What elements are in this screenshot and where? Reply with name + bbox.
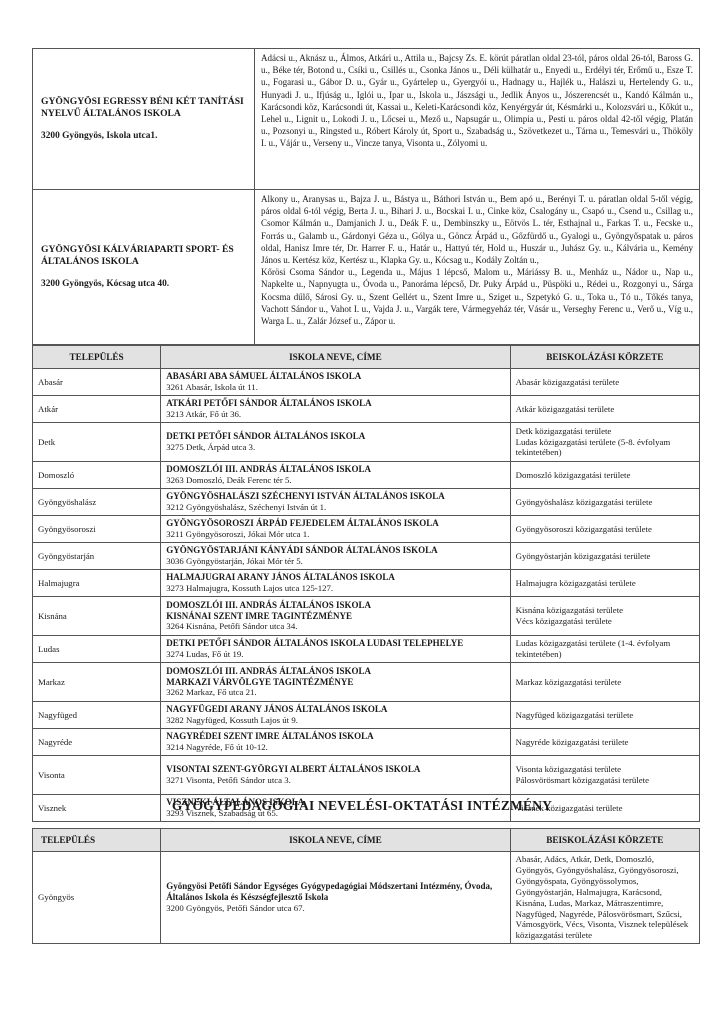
school-name: Gyöngyösi Petőfi Sándor Egységes Gyógype… (166, 881, 504, 903)
school-address: 3271 Visonta, Petőfi Sándor utca 3. (166, 775, 291, 785)
school-cell: DETKI PETŐFI SÁNDOR ÁLTALÁNOS ISKOLA3275… (161, 423, 510, 462)
town-cell: Kisnána (33, 597, 161, 636)
district-line: Detk közigazgatási területe (516, 426, 694, 437)
school-cell: DOMOSZLÓI III. ANDRÁS ÁLTALÁNOS ISKOLAMA… (161, 663, 510, 702)
header-row: TELEPÜLÉS ISKOLA NEVE, CÍME BEISKOLÁZÁSI… (33, 346, 700, 369)
table-row: DetkDETKI PETŐFI SÁNDOR ÁLTALÁNOS ISKOLA… (33, 423, 700, 462)
school-cell: DOMOSZLÓI III. ANDRÁS ÁLTALÁNOS ISKOLA32… (161, 462, 510, 489)
district-line: Ludas közigazgatási területe (1-4. évfol… (516, 638, 694, 660)
schools-table: TELEPÜLÉS ISKOLA NEVE, CÍME BEISKOLÁZÁSI… (32, 345, 700, 822)
town-cell: Domoszló (33, 462, 161, 489)
header-town: TELEPÜLÉS (33, 346, 161, 369)
header-school: ISKOLA NEVE, CÍME (161, 829, 510, 852)
district-cell: Detk közigazgatási területeLudas közigaz… (510, 423, 699, 462)
district-line: Visonta közigazgatási területe (516, 764, 694, 775)
town-cell: Gyöngyösoroszi (33, 516, 161, 543)
school-address: 3282 Nagyfüged, Kossuth Lajos út 9. (166, 715, 298, 725)
table-row: GYÖNGYÖSI EGRESSY BÉNI KÉT TANÍTÁSI NYEL… (33, 49, 700, 190)
school-address: 3213 Atkár, Fő út 36. (166, 409, 241, 419)
district-line: Nagyfüged közigazgatási területe (516, 710, 694, 721)
district-cell: Atkár közigazgatási területe (510, 396, 699, 423)
district-cell: Abasár közigazgatási területe (510, 369, 699, 396)
district-cell: Abasár, Adács, Atkár, Detk, Domoszló, Gy… (510, 852, 699, 944)
table-row: Gyöngyös Gyöngyösi Petőfi Sándor Egysége… (33, 852, 700, 944)
town-cell: Atkár (33, 396, 161, 423)
table-row: NagyrédeNAGYRÉDEI SZENT IMRE ÁLTALÁNOS I… (33, 729, 700, 756)
school-address: 3211 Gyöngyösoroszi, Jókai Mór utca 1. (166, 529, 309, 539)
school-name: ATKÁRI PETŐFI SÁNDOR ÁLTALÁNOS ISKOLA (166, 398, 504, 409)
district-line: Gyöngyöshalász közigazgatási területe (516, 497, 694, 508)
school-name: VISONTAI SZENT-GYÖRGYI ALBERT ÁLTALÁNOS … (166, 764, 504, 775)
school-cell: ATKÁRI PETŐFI SÁNDOR ÁLTALÁNOS ISKOLA321… (161, 396, 510, 423)
school-address: 3214 Nagyréde, Fő út 10-12. (166, 742, 268, 752)
district-cell: Gyöngyöshalász közigazgatási területe (510, 489, 699, 516)
town-cell: Nagyfüged (33, 702, 161, 729)
table-row: KisnánaDOMOSZLÓI III. ANDRÁS ÁLTALÁNOS I… (33, 597, 700, 636)
school-address: 3200 Gyöngyös, Iskola utca1. (41, 130, 246, 142)
school-cell: GYÖNGYÖSI EGRESSY BÉNI KÉT TANÍTÁSI NYEL… (33, 49, 255, 190)
school-cell: GYÖNGYÖSTARJÁNI KÁNYÁDI SÁNDOR ÁLTALÁNOS… (161, 543, 510, 570)
town-cell: Nagyréde (33, 729, 161, 756)
table-row: AbasárABASÁRI ABA SÁMUEL ÁLTALÁNOS ISKOL… (33, 369, 700, 396)
header-district: BEISKOLÁZÁSI KÖRZETE (510, 829, 699, 852)
district-line: Nagyréde közigazgatási területe (516, 737, 694, 748)
table-row: HalmajugraHALMAJUGRAI ARANY JÁNOS ÁLTALÁ… (33, 570, 700, 597)
school-name: HALMAJUGRAI ARANY JÁNOS ÁLTALÁNOS ISKOLA (166, 572, 504, 583)
table-row: MarkazDOMOSZLÓI III. ANDRÁS ÁLTALÁNOS IS… (33, 663, 700, 702)
town-cell: Ludas (33, 636, 161, 663)
town-cell: Gyöngyöshalász (33, 489, 161, 516)
school-name: KISNÁNAI SZENT IMRE TAGINTÉZMÉNYE (166, 611, 504, 622)
table-row: GyöngyöstarjánGYÖNGYÖSTARJÁNI KÁNYÁDI SÁ… (33, 543, 700, 570)
school-cell: NAGYFÜGEDI ARANY JÁNOS ÁLTALÁNOS ISKOLA3… (161, 702, 510, 729)
school-name: NAGYRÉDEI SZENT IMRE ÁLTALÁNOS ISKOLA (166, 731, 504, 742)
district-line: Ludas közigazgatási területe (5-8. évfol… (516, 437, 694, 459)
school-name: DETKI PETŐFI SÁNDOR ÁLTALÁNOS ISKOLA (166, 431, 504, 442)
table-row: LudasDETKI PETŐFI SÁNDOR ÁLTALÁNOS ISKOL… (33, 636, 700, 663)
district-line: Domoszló közigazgatási területe (516, 470, 694, 481)
school-cell: GYÖNGYÖSI KÁLVÁRIAPARTI SPORT- ÉS ÁLTALÁ… (33, 190, 255, 345)
school-cell: Gyöngyösi Petőfi Sándor Egységes Gyógype… (161, 852, 510, 944)
district-line: Abasár közigazgatási területe (516, 377, 694, 388)
town-cell: Abasár (33, 369, 161, 396)
district-line: Pálosvörösmart közigazgatási területe (516, 775, 694, 786)
school-address: 3261 Abasár, Iskola út 11. (166, 382, 258, 392)
district-line: Atkár közigazgatási területe (516, 404, 694, 415)
table-row: GyöngyöshalászGYÖNGYÖSHALÁSZI SZÉCHENYI … (33, 489, 700, 516)
table-row: DomoszlóDOMOSZLÓI III. ANDRÁS ÁLTALÁNOS … (33, 462, 700, 489)
streets-part-2: Kőrösi Csoma Sándor u., Legenda u., Máju… (261, 266, 693, 327)
school-address: 3262 Markaz, Fő utca 21. (166, 687, 256, 697)
school-address: 3212 Gyöngyöshalász, Széchenyi István út… (166, 502, 326, 512)
town-cell: Markaz (33, 663, 161, 702)
district-line: Markaz közigazgatási területe (516, 677, 694, 688)
table-row: VisontaVISONTAI SZENT-GYÖRGYI ALBERT ÁLT… (33, 756, 700, 795)
school-name: DETKI PETŐFI SÁNDOR ÁLTALÁNOS ISKOLA LUD… (166, 638, 504, 649)
district-line: Halmajugra közigazgatási területe (516, 578, 694, 589)
school-cell: DETKI PETŐFI SÁNDOR ÁLTALÁNOS ISKOLA LUD… (161, 636, 510, 663)
table-row: GYÖNGYÖSI KÁLVÁRIAPARTI SPORT- ÉS ÁLTALÁ… (33, 190, 700, 345)
district-line: Vécs közigazgatási területe (516, 616, 694, 627)
school-address: 3200 Gyöngyös, Kócsag utca 40. (41, 278, 246, 290)
school-cell: HALMAJUGRAI ARANY JÁNOS ÁLTALÁNOS ISKOLA… (161, 570, 510, 597)
special-school-table: TELEPÜLÉS ISKOLA NEVE, CÍME BEISKOLÁZÁSI… (32, 828, 700, 944)
district-cell: Markaz közigazgatási területe (510, 663, 699, 702)
table-row: AtkárATKÁRI PETŐFI SÁNDOR ÁLTALÁNOS ISKO… (33, 396, 700, 423)
school-address: 3275 Detk, Árpád utca 3. (166, 442, 255, 452)
streets-part-1: Alkony u., Aranysas u., Bajza J. u., Bás… (261, 193, 693, 266)
school-cell: VISONTAI SZENT-GYÖRGYI ALBERT ÁLTALÁNOS … (161, 756, 510, 795)
district-cell: Visonta közigazgatási területePálosvörös… (510, 756, 699, 795)
header-row: TELEPÜLÉS ISKOLA NEVE, CÍME BEISKOLÁZÁSI… (33, 829, 700, 852)
school-address: 3274 Ludas, Fő út 19. (166, 649, 243, 659)
school-cell: ABASÁRI ABA SÁMUEL ÁLTALÁNOS ISKOLA3261 … (161, 369, 510, 396)
district-line: Gyöngyösoroszi közigazgatási területe (516, 524, 694, 535)
district-cell: Ludas közigazgatási területe (1-4. évfol… (510, 636, 699, 663)
streets-cell: Alkony u., Aranysas u., Bajza J. u., Bás… (255, 190, 700, 345)
town-cell: Gyöngyöstarján (33, 543, 161, 570)
town-cell: Detk (33, 423, 161, 462)
district-cell: Kisnána közigazgatási területeVécs közig… (510, 597, 699, 636)
streets-cell: Adácsi u., Aknász u., Álmos, Atkári u., … (255, 49, 700, 190)
school-name: MARKAZI VÁRVÖLGYE TAGINTÉZMÉNYE (166, 677, 504, 688)
district-cell: Nagyréde közigazgatási területe (510, 729, 699, 756)
school-address: 3036 Gyöngyöstarján, Jókai Mór tér 5. (166, 556, 303, 566)
header-town: TELEPÜLÉS (33, 829, 161, 852)
school-name: ABASÁRI ABA SÁMUEL ÁLTALÁNOS ISKOLA (166, 371, 504, 382)
district-line: Gyöngyöstarján közigazgatási területe (516, 551, 694, 562)
header-district: BEISKOLÁZÁSI KÖRZETE (510, 346, 699, 369)
school-name: DOMOSZLÓI III. ANDRÁS ÁLTALÁNOS ISKOLA (166, 600, 504, 611)
section-title: GYÓGYPEDAGÓGIAI NEVELÉSI-OKTATÁSI INTÉZM… (0, 798, 724, 814)
school-name: GYÖNGYÖSI EGRESSY BÉNI KÉT TANÍTÁSI NYEL… (41, 96, 244, 119)
school-name: DOMOSZLÓI III. ANDRÁS ÁLTALÁNOS ISKOLA (166, 464, 504, 475)
school-name: GYÖNGYÖSHALÁSZI SZÉCHENYI ISTVÁN ÁLTALÁN… (166, 491, 504, 502)
school-address: 3200 Gyöngyös, Petőfi Sándor utca 67. (166, 903, 305, 913)
district-cell: Halmajugra közigazgatási területe (510, 570, 699, 597)
school-cell: NAGYRÉDEI SZENT IMRE ÁLTALÁNOS ISKOLA321… (161, 729, 510, 756)
school-address: 3263 Domoszló, Deák Ferenc tér 5. (166, 475, 291, 485)
town-cell: Gyöngyös (33, 852, 161, 944)
header-school: ISKOLA NEVE, CÍME (161, 346, 510, 369)
table-row: GyöngyösorosziGYÖNGYÖSOROSZI ÁRPÁD FEJED… (33, 516, 700, 543)
town-cell: Visonta (33, 756, 161, 795)
school-cell: GYÖNGYÖSHALÁSZI SZÉCHENYI ISTVÁN ÁLTALÁN… (161, 489, 510, 516)
school-district-streets-table: GYÖNGYÖSI EGRESSY BÉNI KÉT TANÍTÁSI NYEL… (32, 48, 700, 345)
school-name: DOMOSZLÓI III. ANDRÁS ÁLTALÁNOS ISKOLA (166, 666, 504, 677)
school-name: GYÖNGYÖSOROSZI ÁRPÁD FEJEDELEM ÁLTALÁNOS… (166, 518, 504, 529)
district-line: Kisnána közigazgatási területe (516, 605, 694, 616)
school-name: NAGYFÜGEDI ARANY JÁNOS ÁLTALÁNOS ISKOLA (166, 704, 504, 715)
town-cell: Halmajugra (33, 570, 161, 597)
school-address: 3264 Kisnána, Petőfi Sándor utca 34. (166, 621, 297, 631)
school-name: GYÖNGYÖSTARJÁNI KÁNYÁDI SÁNDOR ÁLTALÁNOS… (166, 545, 504, 556)
district-cell: Gyöngyöstarján közigazgatási területe (510, 543, 699, 570)
table-row: NagyfügedNAGYFÜGEDI ARANY JÁNOS ÁLTALÁNO… (33, 702, 700, 729)
district-cell: Gyöngyösoroszi közigazgatási területe (510, 516, 699, 543)
school-cell: DOMOSZLÓI III. ANDRÁS ÁLTALÁNOS ISKOLAKI… (161, 597, 510, 636)
district-cell: Domoszló közigazgatási területe (510, 462, 699, 489)
district-cell: Nagyfüged közigazgatási területe (510, 702, 699, 729)
school-cell: GYÖNGYÖSOROSZI ÁRPÁD FEJEDELEM ÁLTALÁNOS… (161, 516, 510, 543)
school-name: GYÖNGYÖSI KÁLVÁRIAPARTI SPORT- ÉS ÁLTALÁ… (41, 244, 234, 267)
school-address: 3273 Halmajugra, Kossuth Lajos utca 125-… (166, 583, 333, 593)
